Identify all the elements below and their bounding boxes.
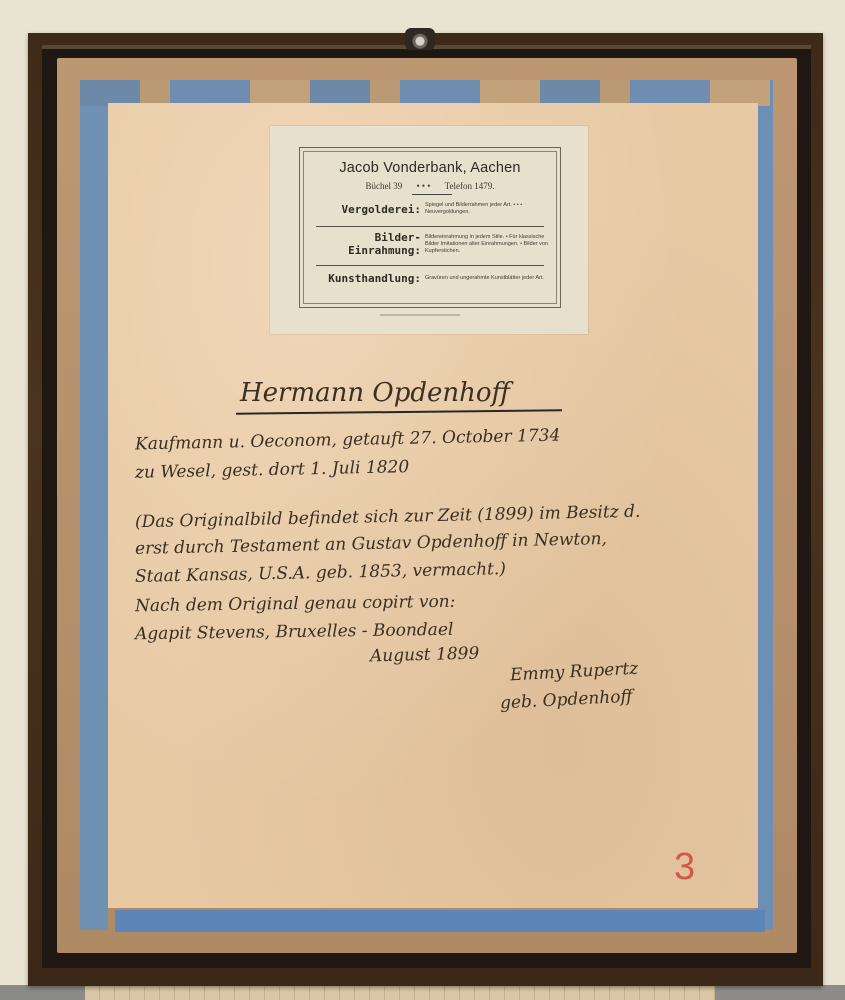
- label-divider: [316, 265, 544, 266]
- hanging-hook-icon: [405, 28, 435, 50]
- label-ornament-dots: • • •: [416, 181, 430, 191]
- table-surface: [715, 985, 845, 1000]
- blue-tape-left: [80, 80, 108, 930]
- service-description: Bildereinrahmung in jedem Stile. • Für k…: [425, 234, 554, 255]
- label-address-line: Büchel 39 • • • Telefon 1479.: [300, 181, 560, 191]
- label-border: Jacob Vonderbank, Aachen Büchel 39 • • •…: [299, 147, 561, 308]
- printer-imprint: [380, 314, 460, 316]
- service-category: Kunsthandlung:: [306, 272, 425, 285]
- label-divider: [316, 226, 544, 227]
- service-category: Bilder-Einrahmung:: [306, 231, 425, 257]
- ornament-rule: [412, 194, 452, 195]
- label-service-row: Kunsthandlung: Gravüren und ungerahmte K…: [306, 272, 554, 285]
- label-service-row: Bilder-Einrahmung: Bildereinrahmung in j…: [306, 231, 554, 257]
- framer-label: Jacob Vonderbank, Aachen Büchel 39 • • •…: [270, 126, 588, 334]
- inscription-date: August 1899: [370, 644, 480, 667]
- label-phone: Telefon 1479.: [445, 181, 495, 191]
- service-description: Gravüren und ungerahmte Kunstblätter jed…: [425, 275, 554, 282]
- measuring-ruler: [85, 985, 715, 1000]
- blue-tape-bottom: [115, 910, 765, 932]
- label-title: Jacob Vonderbank, Aachen: [300, 160, 560, 176]
- inventory-number: 3: [674, 846, 695, 889]
- label-address: Büchel 39: [365, 181, 402, 191]
- inscription-heading: Hermann Opdenhoff: [240, 378, 510, 408]
- label-service-row: Vergolderei: Spiegel und Bilderrahmen je…: [306, 202, 554, 216]
- service-category: Vergolderei:: [306, 203, 425, 216]
- service-description: Spiegel und Bilderrahmen jeder Art. • • …: [425, 202, 554, 216]
- wall-surface: [0, 985, 85, 1000]
